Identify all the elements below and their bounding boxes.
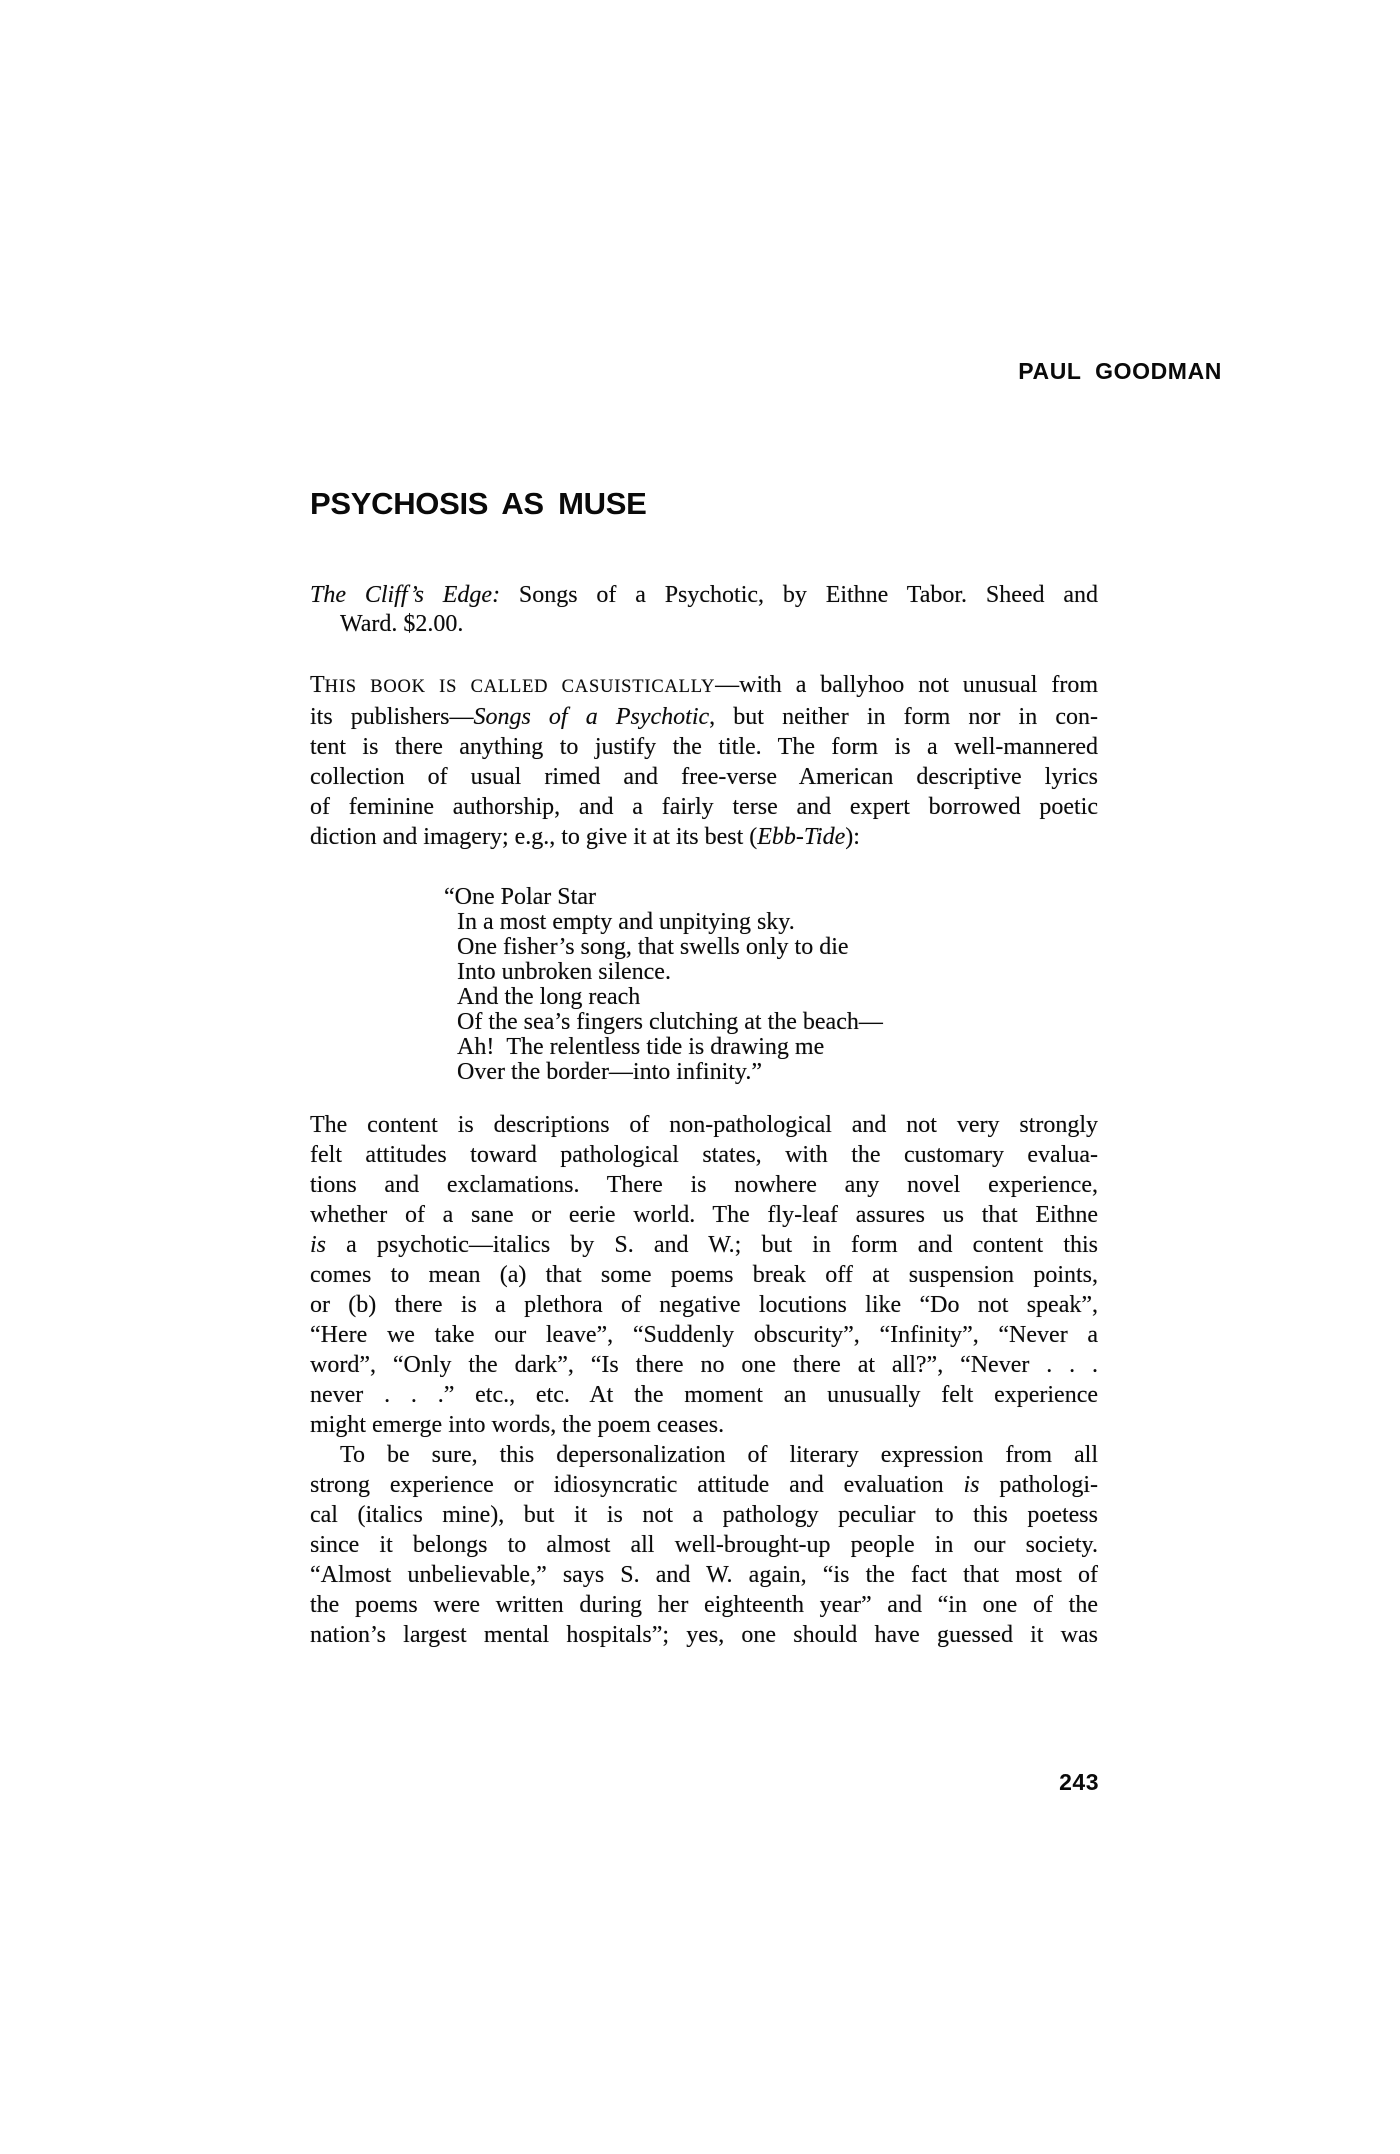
text-line: “One Polar Star xyxy=(444,885,883,910)
text-line: never . . .” etc., etc. At the moment an… xyxy=(310,1380,1098,1410)
text-run: ): xyxy=(845,824,860,850)
text-run: nation’s largest mental hospitals”; yes,… xyxy=(310,1622,1098,1648)
text-run: “Here we take our leave”, “Suddenly obsc… xyxy=(310,1322,1098,1348)
text-line: strong experience or idiosyncratic attit… xyxy=(310,1470,1098,1500)
text-run: felt attitudes toward pathological state… xyxy=(310,1142,1098,1168)
text-line: “Here we take our leave”, “Suddenly obsc… xyxy=(310,1320,1098,1350)
text-line: nation’s largest mental hospitals”; yes,… xyxy=(310,1620,1098,1650)
running-head-author: PAUL GOODMAN xyxy=(1018,360,1222,383)
text-run: And the long reach xyxy=(457,984,640,1010)
text-line: the poems were written during her eighte… xyxy=(310,1590,1098,1620)
text-run: Songs of a Psychotic, by Eithne Tabor. S… xyxy=(500,582,1098,608)
text-line: cal (italics mine), but it is not a path… xyxy=(310,1500,1098,1530)
book-citation: The Cliff’s Edge: Songs of a Psychotic, … xyxy=(310,581,1098,639)
text-run: “Almost unbelievable,” says S. and W. ag… xyxy=(310,1562,1098,1588)
text-line: of feminine authorship, and a fairly ter… xyxy=(310,792,1098,822)
text-line: its publishers—Songs of a Psychotic, but… xyxy=(310,702,1098,732)
text-run: collection of usual rimed and free-verse… xyxy=(310,764,1098,790)
text-line: One fisher’s song, that swells only to d… xyxy=(444,935,883,960)
small-caps-text-run: HIS BOOK IS CALLED CASUISTICALLY xyxy=(325,677,715,697)
italic-text-run: is xyxy=(310,1232,326,1258)
text-run: In a most empty and unpitying sky. xyxy=(457,909,795,935)
text-line: whether of a sane or eerie world. The fl… xyxy=(310,1200,1098,1230)
paragraph-content: The content is descriptions of non-patho… xyxy=(310,1110,1098,1440)
text-run: “One Polar Star xyxy=(444,884,596,910)
text-line: The content is descriptions of non-patho… xyxy=(310,1110,1098,1140)
text-run: or (b) there is a plethora of negative l… xyxy=(310,1292,1098,1318)
paragraph-closing: To be sure, this depersonalization of li… xyxy=(310,1440,1098,1650)
text-line: tions and exclamations. There is nowhere… xyxy=(310,1170,1098,1200)
text-line: might emerge into words, the poem ceases… xyxy=(310,1410,1098,1440)
text-run: since it belongs to almost all well-brou… xyxy=(310,1532,1098,1558)
text-run: One fisher’s song, that swells only to d… xyxy=(457,934,849,960)
text-run: diction and imagery; e.g., to give it at… xyxy=(310,824,757,850)
text-run: never . . .” etc., etc. At the moment an… xyxy=(310,1382,1098,1408)
text-run: a psychotic—italics by S. and W.; but in… xyxy=(326,1232,1098,1258)
italic-text-run: Songs of a Psychotic xyxy=(473,704,709,730)
text-line: To be sure, this depersonalization of li… xyxy=(310,1440,1098,1470)
text-line: In a most empty and unpitying sky. xyxy=(444,910,883,935)
text-line: comes to mean (a) that some poems break … xyxy=(310,1260,1098,1290)
text-line: diction and imagery; e.g., to give it at… xyxy=(310,822,1098,852)
text-run: might emerge into words, the poem ceases… xyxy=(310,1412,724,1438)
text-line: Into unbroken silence. xyxy=(444,960,883,985)
text-run: Ah! The relentless tide is drawing me xyxy=(457,1034,824,1060)
text-run: tent is there anything to justify the ti… xyxy=(310,734,1098,760)
text-line: collection of usual rimed and free-verse… xyxy=(310,762,1098,792)
paragraph-opening: THIS BOOK IS CALLED CASUISTICALLY—with a… xyxy=(310,670,1098,852)
text-line: since it belongs to almost all well-brou… xyxy=(310,1530,1098,1560)
text-line: And the long reach xyxy=(444,985,883,1010)
poem-blockquote-ebb-tide: “One Polar StarIn a most empty and unpit… xyxy=(444,885,883,1085)
text-run: the poems were written during her eighte… xyxy=(310,1592,1098,1618)
text-run: word”, “Only the dark”, “Is there no one… xyxy=(310,1352,1098,1378)
text-line: word”, “Only the dark”, “Is there no one… xyxy=(310,1350,1098,1380)
text-run: pathologi- xyxy=(979,1472,1098,1498)
text-line: “Almost unbelievable,” says S. and W. ag… xyxy=(310,1560,1098,1590)
text-run: of feminine authorship, and a fairly ter… xyxy=(310,794,1098,820)
text-run: comes to mean (a) that some poems break … xyxy=(310,1262,1098,1288)
text-run: strong experience or idiosyncratic attit… xyxy=(310,1472,963,1498)
text-run: , but neither in form nor in con- xyxy=(709,704,1098,730)
text-run: Over the border—into infinity.” xyxy=(457,1059,762,1085)
text-run: Ward. $2.00. xyxy=(340,611,463,637)
italic-text-run: is xyxy=(963,1472,979,1498)
text-run: its publishers— xyxy=(310,704,473,730)
text-run: whether of a sane or eerie world. The fl… xyxy=(310,1202,1098,1228)
text-line: THIS BOOK IS CALLED CASUISTICALLY—with a… xyxy=(310,670,1098,702)
text-line: or (b) there is a plethora of negative l… xyxy=(310,1290,1098,1320)
text-line: Ward. $2.00. xyxy=(310,610,1098,639)
text-line: felt attitudes toward pathological state… xyxy=(310,1140,1098,1170)
text-run: cal (italics mine), but it is not a path… xyxy=(310,1502,1098,1528)
text-line: tent is there anything to justify the ti… xyxy=(310,732,1098,762)
book-page: PAUL GOODMAN PSYCHOSIS AS MUSE The Cliff… xyxy=(0,0,1400,2154)
text-run: Of the sea’s fingers clutching at the be… xyxy=(457,1009,883,1035)
text-run: The content is descriptions of non-patho… xyxy=(310,1112,1098,1138)
text-line: Over the border—into infinity.” xyxy=(444,1060,883,1085)
page-number: 243 xyxy=(1059,1771,1099,1794)
text-run: —with a ballyhoo not unusual from xyxy=(715,672,1098,698)
article-title: PSYCHOSIS AS MUSE xyxy=(310,488,647,519)
text-line: Of the sea’s fingers clutching at the be… xyxy=(444,1010,883,1035)
italic-text-run: Ebb-Tide xyxy=(757,824,845,850)
text-run: tions and exclamations. There is nowhere… xyxy=(310,1172,1098,1198)
text-line: The Cliff’s Edge: Songs of a Psychotic, … xyxy=(310,581,1098,610)
italic-text-run: The Cliff’s Edge: xyxy=(310,582,500,608)
text-run: Into unbroken silence. xyxy=(457,959,671,985)
text-run: T xyxy=(310,672,325,698)
text-line: Ah! The relentless tide is drawing me xyxy=(444,1035,883,1060)
text-line: is a psychotic—italics by S. and W.; but… xyxy=(310,1230,1098,1260)
text-run: To be sure, this depersonalization of li… xyxy=(340,1442,1098,1468)
